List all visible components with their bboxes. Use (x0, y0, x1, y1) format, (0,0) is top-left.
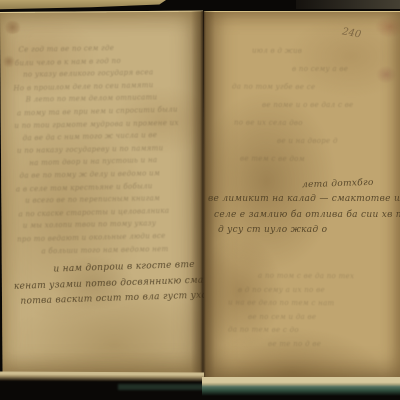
book-cover-edge-bottom-right (202, 377, 400, 396)
page-edge-bottom-left (0, 371, 204, 382)
manuscript-photo: Се год та ве по сем гдебили чело в к нам… (0, 0, 400, 400)
right-page-faded-text-bottom: а по том с ве да по техв д по сему а их … (218, 270, 354, 351)
handwriting-line: а больши того нам ведомо нет (41, 242, 203, 258)
ink-note-heading: лета дотхбго (302, 178, 374, 190)
book-cover-edge-bottom-left (118, 384, 204, 390)
right-page: 240 июл в д живв по сему а веда по том у… (204, 11, 400, 380)
handwriting-line: ве по сем и да ве (248, 311, 354, 325)
book-cover-edge-top (296, 0, 400, 9)
handwriting-line: д усу ст иуло жкад о (218, 223, 400, 239)
handwriting-line: а по том с ве да по тех (258, 270, 354, 284)
right-page-ink-note: ве лимикит на калад — смактотве ше в гас… (204, 192, 400, 239)
handwriting-line: ве поме и о ве дал с ве (262, 96, 354, 114)
handwriting-line: в д по сему а их по ве (238, 284, 354, 298)
handwriting-line: да по тем ве с до (228, 324, 354, 338)
page-edge-top-left (0, 0, 166, 10)
left-page-ink-note: и нам допрош в кгосте вте кенат узамш по… (13, 256, 205, 310)
handwriting-line: в по сему а ве (292, 60, 354, 78)
page-number: 240 (341, 26, 362, 40)
handwriting-line: ве те по д ве (268, 338, 354, 352)
handwriting-line: да по том угбе ве се (232, 78, 354, 97)
handwriting-line: селе е замлию ба отлива ба сии хв тцетсе (214, 208, 400, 224)
handwriting-line: ве лимикит на калад — смактотве ше в гас… (208, 192, 400, 208)
right-page-faded-text-top: июл в д живв по сему а веда по том угбе … (222, 42, 354, 168)
left-page: Се год та ве по сем гдебили чело в к нам… (0, 11, 206, 374)
handwriting-line: ве и на дворе д (277, 132, 354, 150)
handwriting-line: ве тем с ве дом (240, 150, 354, 169)
ink-stain (4, 21, 21, 34)
handwriting-line: и на ве дело по тем с нат (228, 297, 354, 311)
left-page-faded-text: Се год та ве по сем гдебили чело в к нам… (12, 40, 203, 259)
handwriting-line: июл в д жив (252, 42, 354, 61)
handwriting-line: по ве их села дво (234, 114, 354, 133)
